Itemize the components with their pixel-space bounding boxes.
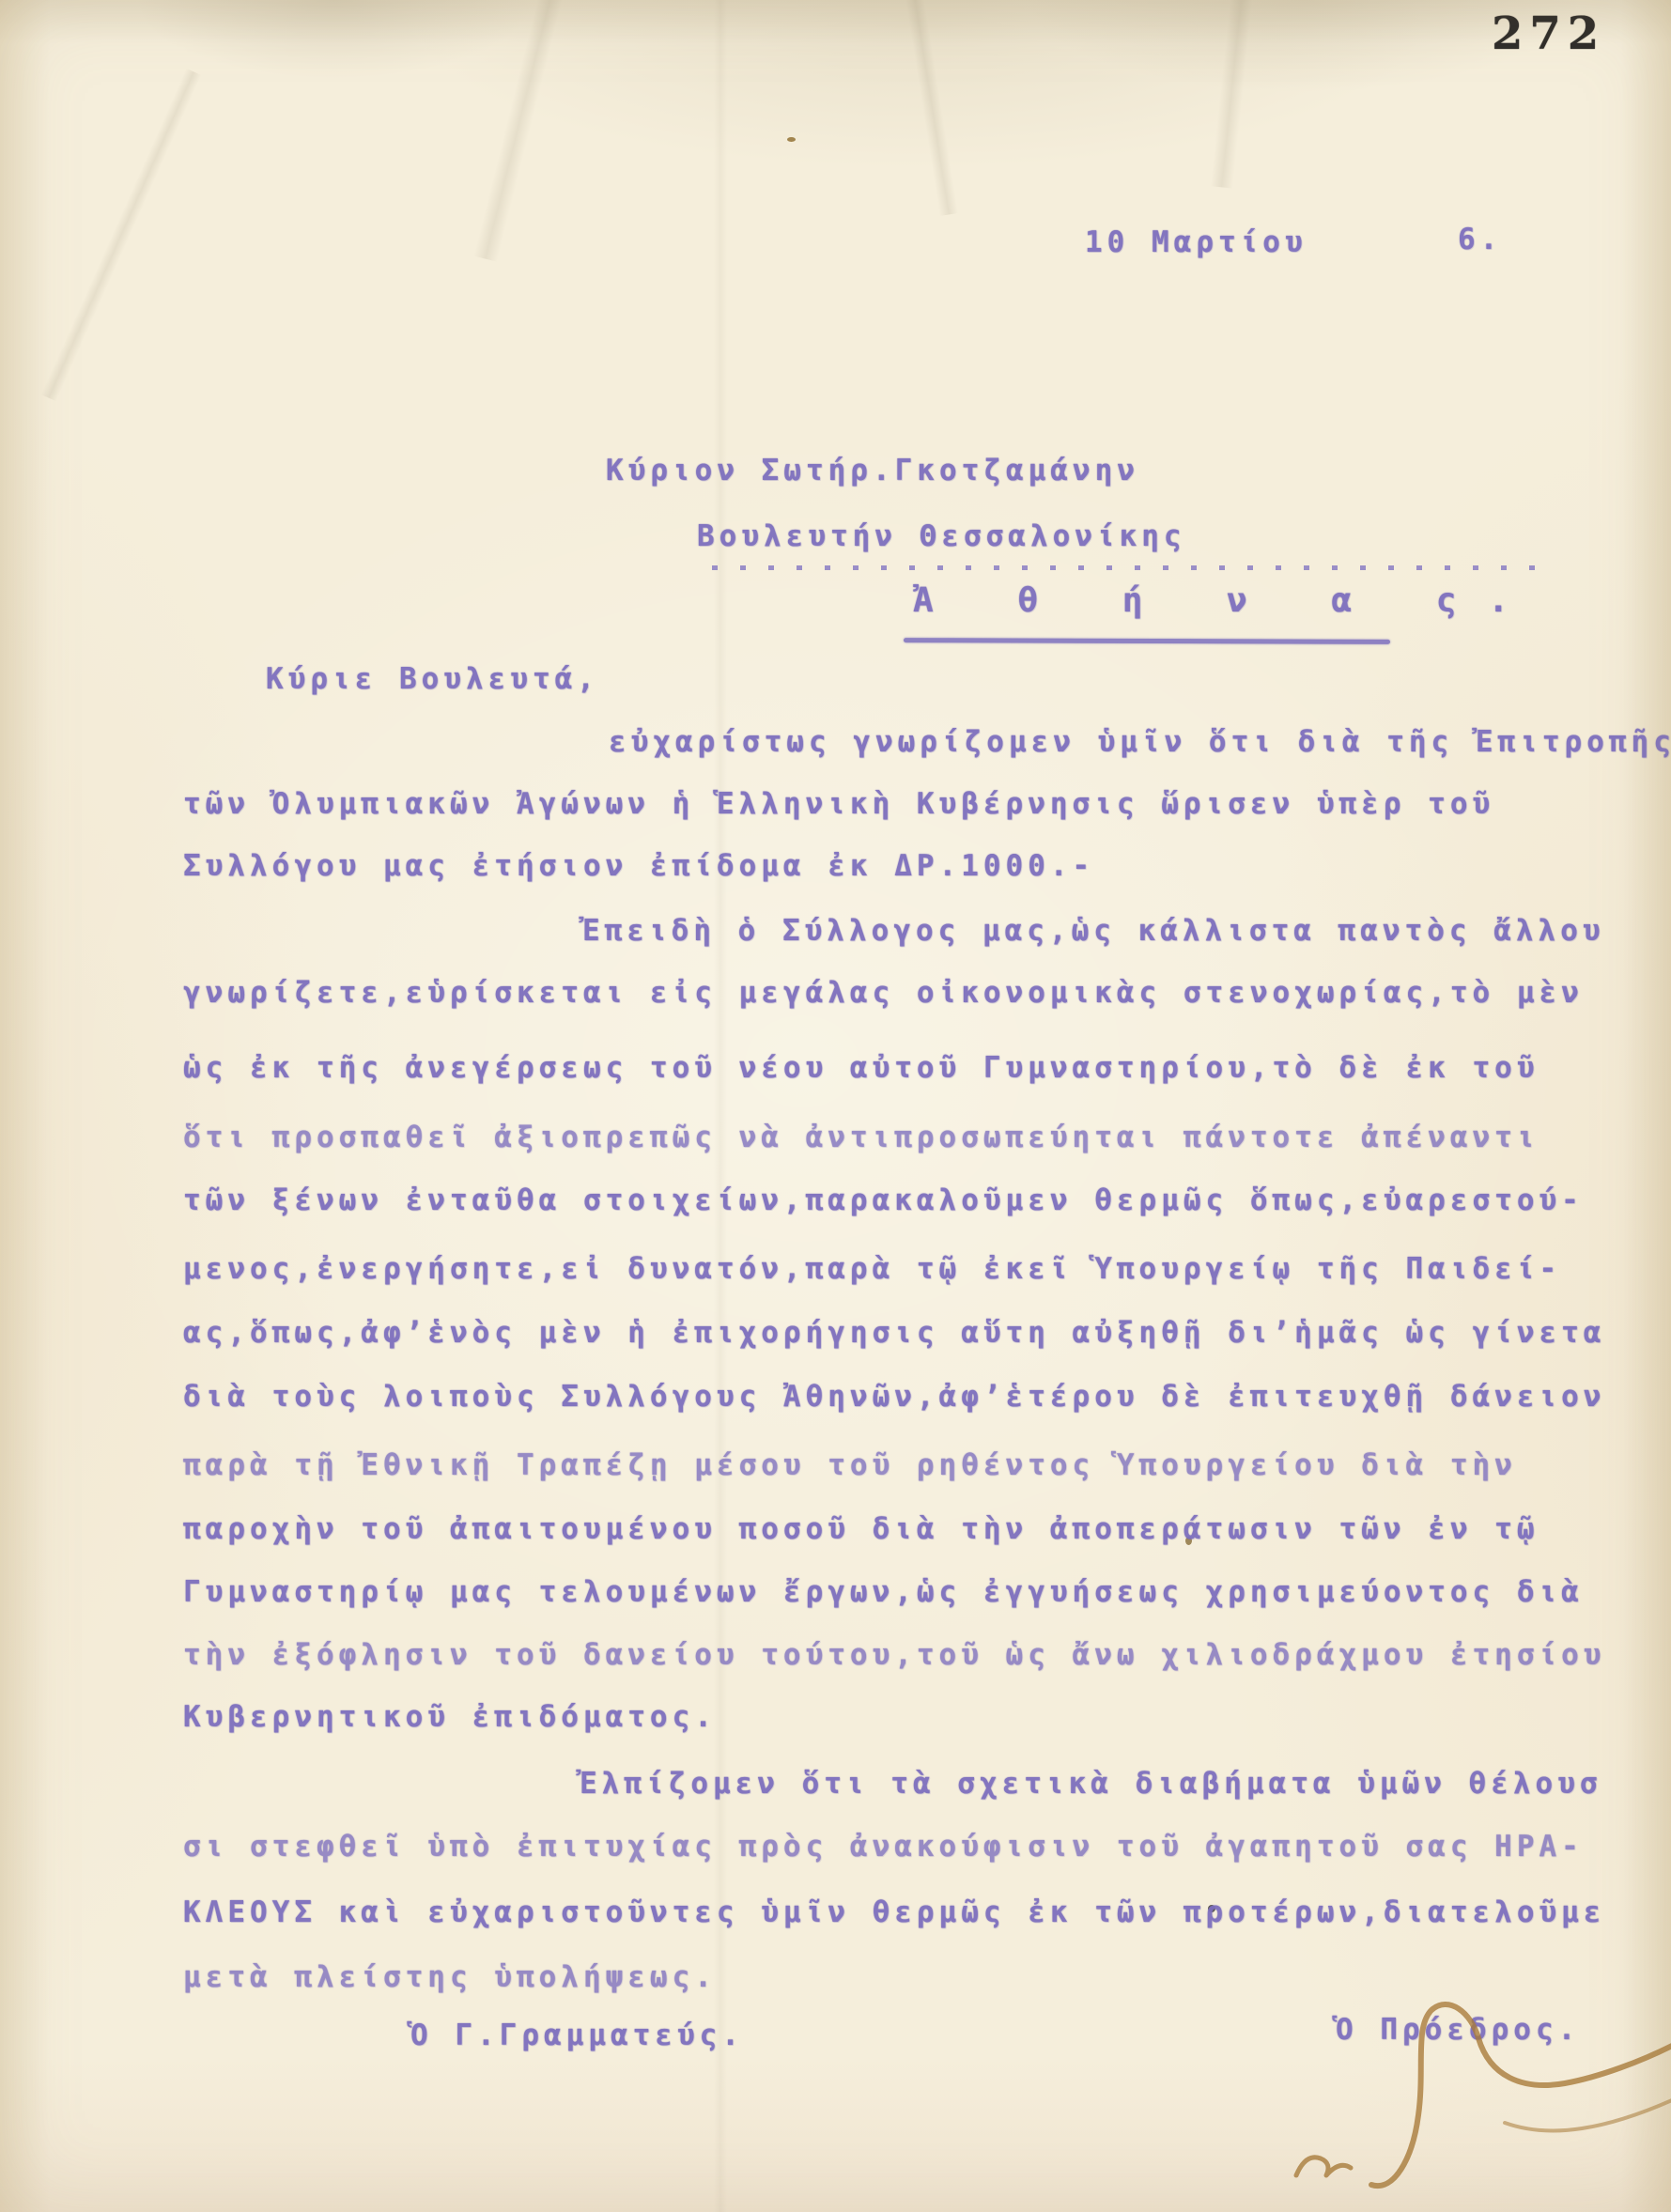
body-line: ΚΛΕΟΥΣ καὶ εὐχαριστοῦντες ὑμῖν θερμῶς ἐκ… bbox=[183, 1898, 1605, 1927]
recipient-name: Κύριον Σωτήρ.Γκοτζαμάνην bbox=[606, 456, 1139, 486]
date-text: 10 Μαρτίου bbox=[1085, 228, 1307, 257]
paper-speck bbox=[787, 137, 796, 142]
page-number-stamp: 272 bbox=[1492, 8, 1605, 60]
recipient-title: Βουλευτήν Θεσσαλονίκης bbox=[697, 522, 1186, 551]
body-line: γνωρίζετε,εὑρίσκεται εἰς μεγάλας οἰκονομ… bbox=[183, 979, 1584, 1008]
body-line: Συλλόγου μας ἐτήσιον ἐπίδομα ἐκ ΔΡ.1000.… bbox=[183, 852, 1094, 881]
body-line: παρὰ τῇ Ἐθνικῇ Τραπέζῃ μέσου τοῦ ρηθέντο… bbox=[183, 1451, 1517, 1480]
salutation: Κύριε Βουλευτά, bbox=[266, 665, 599, 694]
body-line: μενος,ἐνεργήσητε,εἰ δυνατόν,παρὰ τῷ ἐκεῖ… bbox=[183, 1255, 1561, 1284]
recipient-city: Ἀ θ ή ν α ς. bbox=[913, 584, 1540, 618]
paper-crease bbox=[1211, 0, 1255, 189]
body-line: Ἐλπίζομεν ὅτι τὰ σχετικὰ διαβήματα ὑμῶν … bbox=[580, 1770, 1602, 1799]
body-line: ὡς ἐκ τῆς ἀνεγέρσεως τοῦ νέου αὐτοῦ Γυμν… bbox=[183, 1054, 1539, 1083]
body-line: τῶν ξένων ἐνταῦθα στοιχείων,παρακαλοῦμεν… bbox=[183, 1186, 1584, 1215]
body-line: μετὰ πλείστης ὑπολήψεως. bbox=[183, 1963, 717, 1992]
paper-crease bbox=[902, 0, 958, 216]
body-line: τῶν Ὀλυμπιακῶν Ἀγώνων ἡ Ἑλληνικὴ Κυβέρνη… bbox=[183, 790, 1494, 819]
body-line: ας,ὅπως,ἀφ’ἑνὸς μὲν ἡ ἐπιχορήγησις αὕτη … bbox=[183, 1319, 1605, 1348]
paper-crease bbox=[40, 69, 201, 401]
closing-secretary: Ὁ Γ.Γραμματεύς. bbox=[410, 2021, 744, 2050]
body-line: σι στεφθεῖ ὑπὸ ἐπιτυχίας πρὸς ἀνακούφισι… bbox=[183, 1833, 1584, 1862]
body-line: τὴν ἐξόφλησιν τοῦ δανείου τούτου,τοῦ ὡς … bbox=[183, 1641, 1605, 1670]
body-line: διὰ τοὺς λοιποὺς Συλλόγους Ἀθηνῶν,ἀφ’ἑτέ… bbox=[183, 1383, 1605, 1412]
dotted-underline bbox=[712, 565, 1544, 570]
letter-page: 272 10 Μαρτίου 6. Κύριον Σωτήρ.Γκοτζαμάν… bbox=[0, 0, 1671, 2212]
paper-crease bbox=[714, 0, 727, 2212]
body-line: Ἐπειδὴ ὁ Σύλλογος μας,ὡς κάλλιστα παντὸς… bbox=[582, 917, 1605, 946]
body-line: ὅτι προσπαθεῖ ἀξιοπρεπῶς νὰ ἀντιπροσωπεύ… bbox=[183, 1123, 1539, 1152]
body-line: παροχὴν τοῦ ἀπαιτουμένου ποσοῦ διὰ τὴν ἀ… bbox=[183, 1515, 1539, 1544]
city-underline bbox=[904, 638, 1390, 644]
body-line: Κυβερνητικοῦ ἐπιδόματος. bbox=[183, 1703, 717, 1732]
date-number: 6. bbox=[1458, 225, 1502, 255]
closing-president: Ὁ Πρόεδρος. bbox=[1336, 2016, 1580, 2045]
body-line: Γυμναστηρίῳ μας τελουμένων ἔργων,ὡς ἐγγυ… bbox=[183, 1578, 1584, 1607]
paper-crease bbox=[473, 0, 565, 262]
body-line: εὐχαρίστως γνωρίζομεν ὑμῖν ὅτι διὰ τῆς Ἐ… bbox=[609, 728, 1671, 757]
